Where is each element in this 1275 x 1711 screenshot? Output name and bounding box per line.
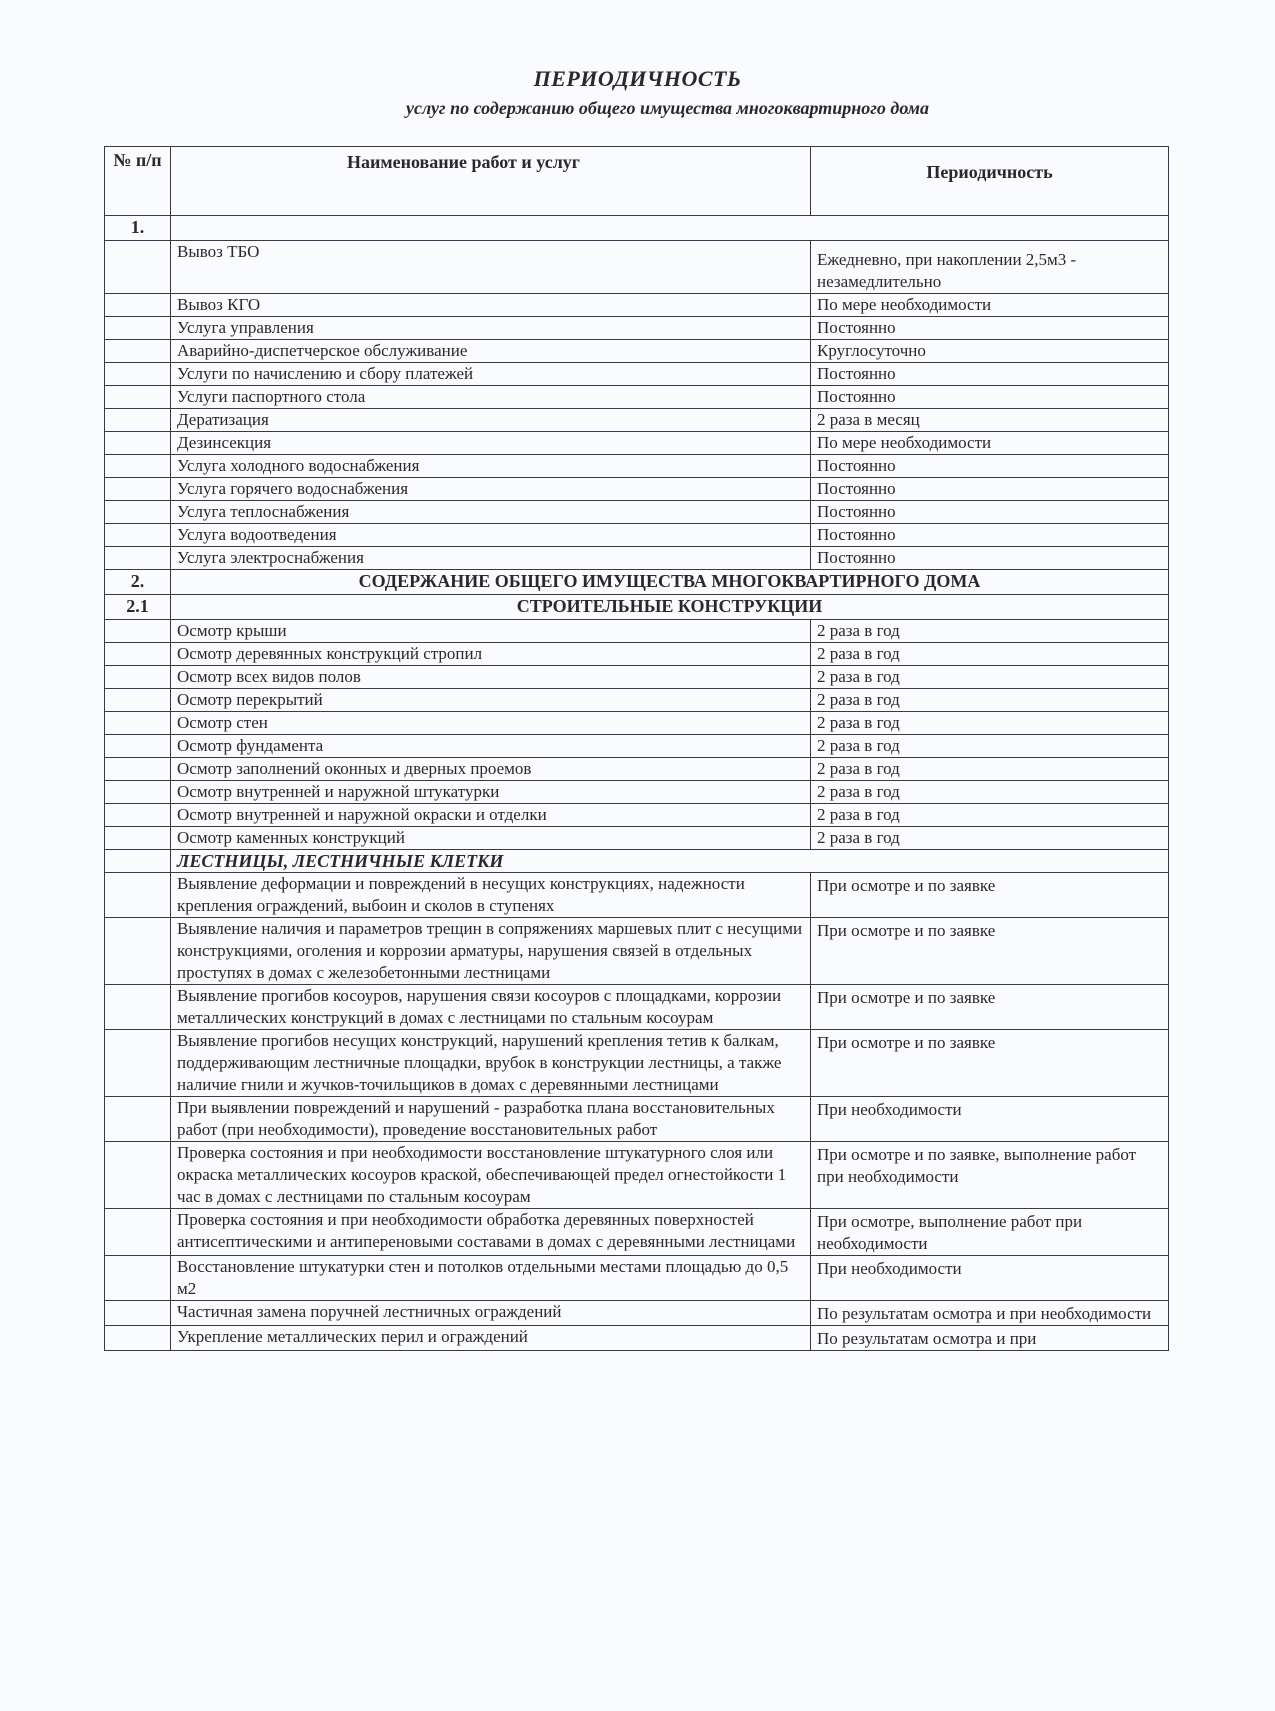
table-row: Осмотр деревянных конструкций стропил2 р… [105,643,1169,666]
row-periodicity: Постоянно [811,455,1169,478]
section-1-row: 1. [105,216,1169,241]
header-period: Периодичность [811,147,1169,216]
table-row: Выявление наличия и параметров трещин в … [105,918,1169,985]
periodicity-table: № п/п Наименование работ и услуг Периоди… [104,146,1169,1351]
row-num [105,432,171,455]
row-num [105,689,171,712]
row-num [105,1209,171,1256]
section-1-title [171,216,1169,241]
row-periodicity: Постоянно [811,317,1169,340]
section-2-1-title: СТРОИТЕЛЬНЫЕ КОНСТРУКЦИИ [171,595,1169,620]
row-periodicity: 2 раза в год [811,804,1169,827]
row-work-name: Осмотр всех видов полов [171,666,811,689]
section-2-1-num: 2.1 [105,595,171,620]
row-work-name: Услуга горячего водоснабжения [171,478,811,501]
row-work-name: Дезинсекция [171,432,811,455]
row-work-name: Услуги по начислению и сбору платежей [171,363,811,386]
table-row: Осмотр заполнений оконных и дверных прое… [105,758,1169,781]
table-row: Осмотр внутренней и наружной окраски и о… [105,804,1169,827]
row-num [105,712,171,735]
table-row: Дератизация2 раза в месяц [105,409,1169,432]
row-periodicity: При осмотре и по заявке [811,985,1169,1030]
header-name: Наименование работ и услуг [171,147,811,216]
row-periodicity: 2 раза в месяц [811,409,1169,432]
row-periodicity: 2 раза в год [811,712,1169,735]
table-row: Услуги паспортного столаПостоянно [105,386,1169,409]
row-work-name: Выявление прогибов косоуров, нарушения с… [171,985,811,1030]
row-periodicity: Постоянно [811,478,1169,501]
row-work-name: Выявление прогибов несущих конструкций, … [171,1030,811,1097]
row-periodicity: При осмотре, выполнение работ при необхо… [811,1209,1169,1256]
row-num [105,827,171,850]
table-row: ДезинсекцияПо мере необходимости [105,432,1169,455]
row-num [105,1142,171,1209]
row-periodicity: Постоянно [811,386,1169,409]
table-row: Услуга электроснабженияПостоянно [105,547,1169,570]
stairs-num [105,850,171,873]
row-work-name: Осмотр крыши [171,620,811,643]
row-work-name: Укрепление металлических перил и огражде… [171,1326,811,1351]
table-row: Вывоз ТБОЕжедневно, при накоплении 2,5м3… [105,241,1169,294]
row-periodicity: 2 раза в год [811,827,1169,850]
row-work-name: Услуга электроснабжения [171,547,811,570]
row-num [105,781,171,804]
row-periodicity: 2 раза в год [811,643,1169,666]
row-periodicity: При осмотре и по заявке [811,873,1169,918]
table-row: Выявление прогибов несущих конструкций, … [105,1030,1169,1097]
row-work-name: Дератизация [171,409,811,432]
row-num [105,873,171,918]
table-row: Проверка состояния и при необходимости о… [105,1209,1169,1256]
row-num [105,1326,171,1351]
row-num [105,386,171,409]
row-periodicity: При необходимости [811,1256,1169,1301]
row-num [105,501,171,524]
row-work-name: Осмотр внутренней и наружной окраски и о… [171,804,811,827]
table-row: Осмотр крыши2 раза в год [105,620,1169,643]
row-work-name: Выявление наличия и параметров трещин в … [171,918,811,985]
row-periodicity: Постоянно [811,547,1169,570]
row-work-name: Осмотр фундамента [171,735,811,758]
row-num [105,317,171,340]
row-work-name: Частичная замена поручней лестничных огр… [171,1301,811,1326]
row-num [105,241,171,294]
row-periodicity: 2 раза в год [811,781,1169,804]
row-work-name: Восстановление штукатурки стен и потолко… [171,1256,811,1301]
table-row: Осмотр фундамента2 раза в год [105,735,1169,758]
row-work-name: Услуга холодного водоснабжения [171,455,811,478]
row-work-name: Вывоз КГО [171,294,811,317]
row-num [105,524,171,547]
row-num [105,1030,171,1097]
row-work-name: Осмотр каменных конструкций [171,827,811,850]
row-work-name: Услуги паспортного стола [171,386,811,409]
row-num [105,918,171,985]
table-row: Укрепление металлических перил и огражде… [105,1326,1169,1351]
stairs-subsection-row: ЛЕСТНИЦЫ, ЛЕСТНИЧНЫЕ КЛЕТКИ [105,850,1169,873]
row-num [105,666,171,689]
row-num [105,758,171,781]
table-row: Услуга холодного водоснабженияПостоянно [105,455,1169,478]
row-work-name: Осмотр стен [171,712,811,735]
row-num [105,620,171,643]
section-2-num: 2. [105,570,171,595]
row-periodicity: При осмотре и по заявке [811,918,1169,985]
row-work-name: Осмотр деревянных конструкций стропил [171,643,811,666]
row-num [105,1301,171,1326]
row-num [105,985,171,1030]
header-num: № п/п [105,147,171,216]
row-num [105,294,171,317]
table-row: Проверка состояния и при необходимости в… [105,1142,1169,1209]
row-periodicity: Ежедневно, при накоплении 2,5м3 - незаме… [811,241,1169,294]
row-periodicity: 2 раза в год [811,620,1169,643]
row-num [105,804,171,827]
row-num [105,1256,171,1301]
row-num [105,547,171,570]
table-row: Осмотр каменных конструкций2 раза в год [105,827,1169,850]
section-2-row: 2. СОДЕРЖАНИЕ ОБЩЕГО ИМУЩЕСТВА МНОГОКВАР… [105,570,1169,595]
row-work-name: Осмотр заполнений оконных и дверных прое… [171,758,811,781]
table-header-row: № п/п Наименование работ и услуг Периоди… [105,147,1169,216]
section-1-num: 1. [105,216,171,241]
row-work-name: Услуга водоотведения [171,524,811,547]
table-row: Осмотр перекрытий2 раза в год [105,689,1169,712]
table-row: Выявление прогибов косоуров, нарушения с… [105,985,1169,1030]
table-row: Осмотр стен2 раза в год [105,712,1169,735]
row-work-name: Выявление деформации и повреждений в нес… [171,873,811,918]
row-work-name: Услуга теплоснабжения [171,501,811,524]
row-work-name: При выявлении повреждений и нарушений - … [171,1097,811,1142]
row-work-name: Вывоз ТБО [171,241,811,294]
row-periodicity: Постоянно [811,501,1169,524]
row-work-name: Услуга управления [171,317,811,340]
table-row: Услуги по начислению и сбору платежейПос… [105,363,1169,386]
stairs-subsection-title: ЛЕСТНИЦЫ, ЛЕСТНИЧНЫЕ КЛЕТКИ [171,850,1169,873]
row-num [105,1097,171,1142]
table-row: Аварийно-диспетчерское обслуживаниеКругл… [105,340,1169,363]
table-row: Услуга водоотведенияПостоянно [105,524,1169,547]
row-periodicity: Круглосуточно [811,340,1169,363]
row-num [105,409,171,432]
row-work-name: Осмотр внутренней и наружной штукатурки [171,781,811,804]
row-num [105,340,171,363]
table-row: При выявлении повреждений и нарушений - … [105,1097,1169,1142]
table-row: Услуга управленияПостоянно [105,317,1169,340]
row-periodicity: Постоянно [811,363,1169,386]
row-work-name: Проверка состояния и при необходимости в… [171,1142,811,1209]
table-row: Осмотр всех видов полов2 раза в год [105,666,1169,689]
table-row: Услуга теплоснабженияПостоянно [105,501,1169,524]
section-2-1-row: 2.1 СТРОИТЕЛЬНЫЕ КОНСТРУКЦИИ [105,595,1169,620]
row-num [105,735,171,758]
row-periodicity: 2 раза в год [811,758,1169,781]
row-periodicity: 2 раза в год [811,689,1169,712]
row-num [105,643,171,666]
table-row: Вывоз КГОПо мере необходимости [105,294,1169,317]
row-periodicity: По мере необходимости [811,294,1169,317]
row-periodicity: При необходимости [811,1097,1169,1142]
document-subtitle: услуг по содержанию общего имущества мно… [0,98,1275,119]
row-periodicity: 2 раза в год [811,735,1169,758]
row-work-name: Проверка состояния и при необходимости о… [171,1209,811,1256]
row-periodicity: 2 раза в год [811,666,1169,689]
table-row: Осмотр внутренней и наружной штукатурки2… [105,781,1169,804]
table-row: Частичная замена поручней лестничных огр… [105,1301,1169,1326]
row-num [105,478,171,501]
row-num [105,363,171,386]
row-num [105,455,171,478]
row-periodicity: По результатам осмотра и при [811,1326,1169,1351]
row-periodicity: По результатам осмотра и при необходимос… [811,1301,1169,1326]
document-title: ПЕРИОДИЧНОСТЬ [0,66,1275,92]
table-row: Услуга горячего водоснабженияПостоянно [105,478,1169,501]
section-2-title: СОДЕРЖАНИЕ ОБЩЕГО ИМУЩЕСТВА МНОГОКВАРТИР… [171,570,1169,595]
table-row: Выявление деформации и повреждений в нес… [105,873,1169,918]
table-row: Восстановление штукатурки стен и потолко… [105,1256,1169,1301]
row-work-name: Аварийно-диспетчерское обслуживание [171,340,811,363]
row-periodicity: При осмотре и по заявке, выполнение рабо… [811,1142,1169,1209]
row-periodicity: По мере необходимости [811,432,1169,455]
row-periodicity: При осмотре и по заявке [811,1030,1169,1097]
row-periodicity: Постоянно [811,524,1169,547]
row-work-name: Осмотр перекрытий [171,689,811,712]
